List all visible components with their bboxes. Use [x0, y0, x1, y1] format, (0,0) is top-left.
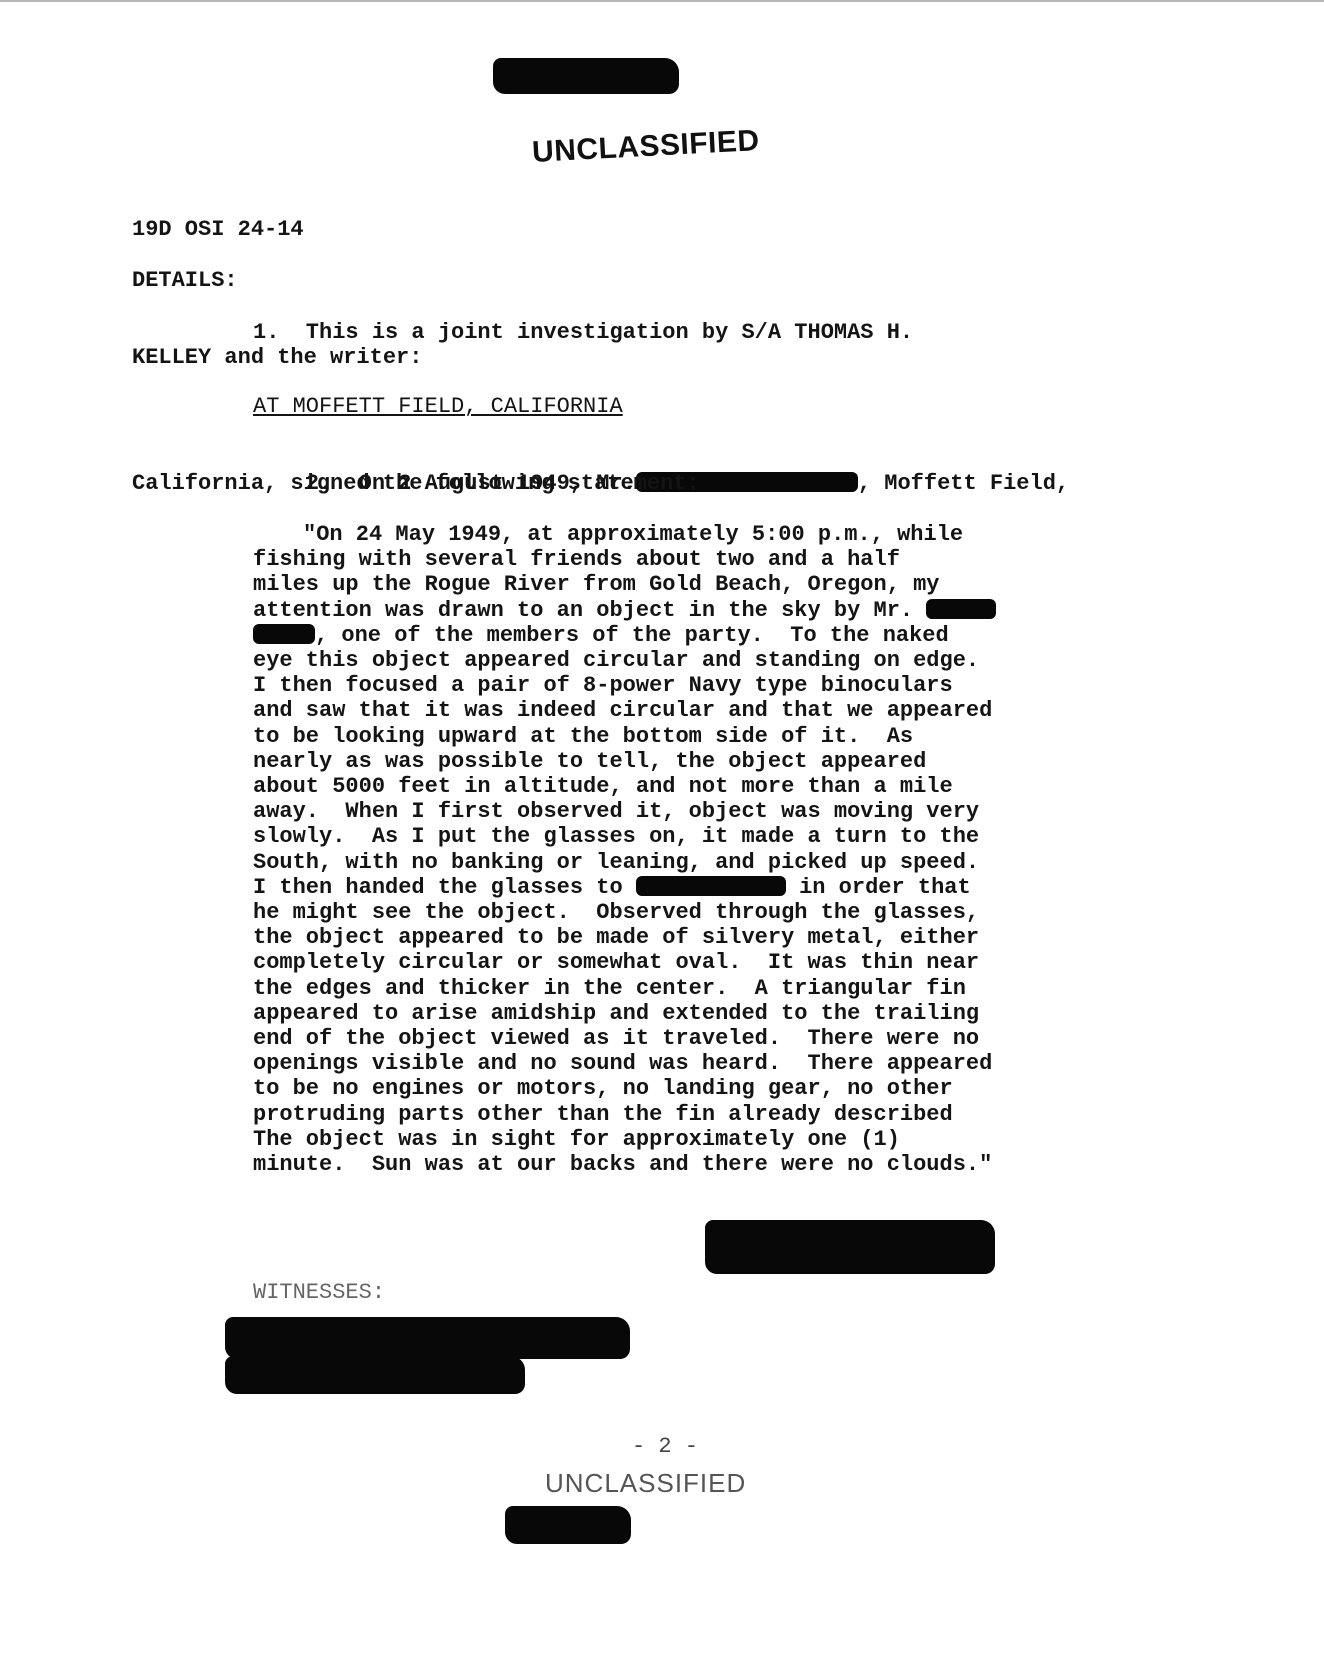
statement-line: I then focused a pair of 8-power Navy ty…	[253, 673, 1113, 698]
redaction-name-3	[636, 876, 786, 896]
paragraph-2-line-2: California, signed the following stateme…	[132, 471, 700, 496]
witnesses-label: WITNESSES:	[253, 1280, 385, 1305]
statement-line: nearly as was possible to tell, the obje…	[253, 749, 1113, 774]
file-number: 19D OSI 24-14	[132, 217, 304, 242]
paragraph-1-line-1: 1. This is a joint investigation by S/A …	[253, 320, 913, 345]
statement-line: away. When I first observed it, object w…	[253, 799, 1113, 824]
statement-line: completely circular or somewhat oval. It…	[253, 950, 1113, 975]
statement-line: minute. Sun was at our backs and there w…	[253, 1152, 1113, 1177]
page-number: - 2 -	[632, 1434, 698, 1459]
statement-line: South, with no banking or leaning, and p…	[253, 850, 1113, 875]
statement-text: attention was drawn to an object in the …	[253, 598, 913, 623]
paragraph-1-line-2: KELLEY and the writer:	[132, 345, 422, 370]
statement-text: I then handed the glasses to	[253, 875, 623, 900]
document-page: UNCLASSIFIED 19D OSI 24-14 DETAILS: 1. T…	[0, 2, 1324, 1672]
statement-line: fishing with several friends about two a…	[253, 547, 1113, 572]
signed-statement: "On 24 May 1949, at approximately 5:00 p…	[253, 522, 1113, 1177]
statement-line: I then handed the glasses to in order th…	[253, 875, 1113, 900]
redaction-name-2	[926, 599, 996, 619]
statement-line: , one of the members of the party. To th…	[253, 623, 1113, 648]
statement-line: openings visible and no sound was heard.…	[253, 1051, 1113, 1076]
statement-line: protruding parts other than the fin alre…	[253, 1102, 1113, 1127]
statement-line: appeared to arise amidship and extended …	[253, 1001, 1113, 1026]
redaction-bottom	[505, 1506, 631, 1544]
statement-line: the object appeared to be made of silver…	[253, 925, 1113, 950]
statement-text: in order that	[786, 875, 971, 900]
statement-line: eye this object appeared circular and st…	[253, 648, 1113, 673]
redaction-name-2b	[253, 624, 315, 644]
statement-line: and saw that it was indeed circular and …	[253, 698, 1113, 723]
classification-stamp-bottom: UNCLASSIFIED	[545, 1468, 746, 1499]
statement-line: the edges and thicker in the center. A t…	[253, 976, 1113, 1001]
section-heading: DETAILS:	[132, 268, 238, 293]
statement-line: miles up the Rogue River from Gold Beach…	[253, 572, 1113, 597]
redaction-top	[493, 58, 679, 94]
location-heading: AT MOFFETT FIELD, CALIFORNIA	[253, 394, 623, 419]
statement-line: he might see the object. Observed throug…	[253, 900, 1113, 925]
redaction-signature	[705, 1220, 995, 1274]
statement-line: to be no engines or motors, no landing g…	[253, 1076, 1113, 1101]
redaction-witness-2	[225, 1356, 525, 1394]
statement-text: , one of the members of the party. To th…	[315, 623, 949, 648]
statement-line: The object was in sight for approximatel…	[253, 1127, 1113, 1152]
statement-line: to be looking upward at the bottom side …	[253, 724, 1113, 749]
paragraph-2-text-after: , Moffett Field,	[858, 471, 1069, 496]
statement-line: about 5000 feet in altitude, and not mor…	[253, 774, 1113, 799]
statement-line: "On 24 May 1949, at approximately 5:00 p…	[253, 522, 1113, 547]
classification-stamp-top: UNCLASSIFIED	[531, 124, 760, 170]
statement-line: slowly. As I put the glasses on, it made…	[253, 824, 1113, 849]
statement-line: end of the object viewed as it traveled.…	[253, 1026, 1113, 1051]
statement-line: attention was drawn to an object in the …	[253, 598, 1113, 623]
redaction-witness-1	[225, 1317, 630, 1359]
